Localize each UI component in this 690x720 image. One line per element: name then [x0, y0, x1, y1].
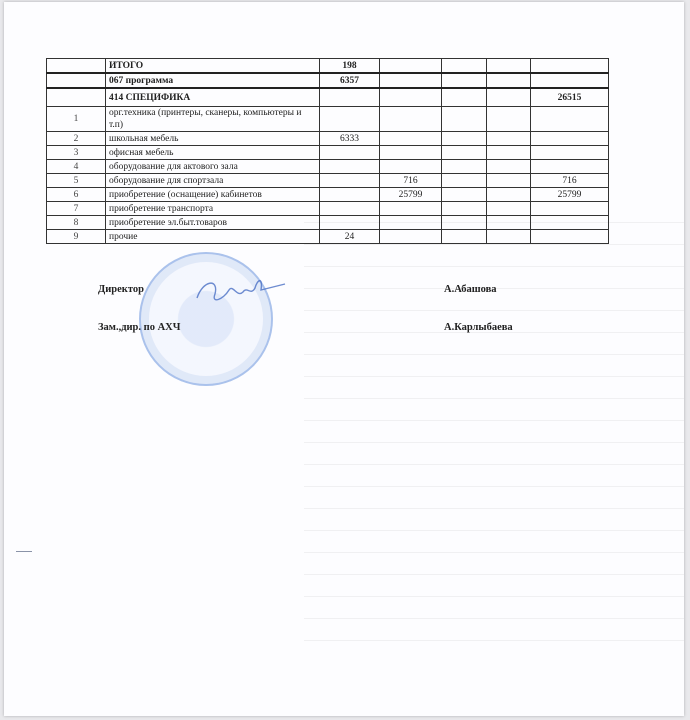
expenditure-table: ИТОГО198067 программа6357414 СПЕЦИФИКА26… — [46, 58, 609, 244]
cell-c2 — [380, 202, 442, 216]
cell-name: ИТОГО — [106, 59, 320, 74]
cell-c1 — [320, 88, 380, 107]
cell-c5 — [531, 216, 609, 230]
cell-c1 — [320, 146, 380, 160]
cell-num: 8 — [47, 216, 106, 230]
cell-name: приобретение (оснащение) кабинетов — [106, 188, 320, 202]
document-page: ИТОГО198067 программа6357414 СПЕЦИФИКА26… — [4, 2, 684, 716]
cell-c4 — [487, 188, 531, 202]
cell-c2 — [380, 59, 442, 74]
deputy-title: Зам.,дир. по АХЧ — [98, 322, 180, 333]
cell-c2 — [380, 230, 442, 244]
cell-c3 — [442, 230, 487, 244]
cell-num: 6 — [47, 188, 106, 202]
cell-c2 — [380, 216, 442, 230]
cell-c1: 6333 — [320, 132, 380, 146]
cell-c4 — [487, 88, 531, 107]
cell-name: орг.техника (принтеры, сканеры, компьюте… — [106, 107, 320, 132]
cell-c2 — [380, 73, 442, 88]
table-row: 9прочие24 — [47, 230, 609, 244]
cell-c3 — [442, 88, 487, 107]
cell-num: 2 — [47, 132, 106, 146]
cell-c2 — [380, 88, 442, 107]
cell-c5 — [531, 160, 609, 174]
cell-c1: 24 — [320, 230, 380, 244]
table-row: 2школьная мебель6333 — [47, 132, 609, 146]
director-title: Директор — [98, 284, 144, 295]
cell-c4 — [487, 107, 531, 132]
cell-c1 — [320, 160, 380, 174]
cell-name: офисная мебель — [106, 146, 320, 160]
cell-c4 — [487, 216, 531, 230]
cell-num — [47, 59, 106, 74]
cell-c5 — [531, 230, 609, 244]
scan-mark — [16, 551, 32, 552]
cell-c5 — [531, 146, 609, 160]
cell-name: оборудование для актового зала — [106, 160, 320, 174]
cell-c5: 716 — [531, 174, 609, 188]
cell-c1 — [320, 174, 380, 188]
table-row: 6приобретение (оснащение) кабинетов25799… — [47, 188, 609, 202]
cell-num: 9 — [47, 230, 106, 244]
table-row: 414 СПЕЦИФИКА26515 — [47, 88, 609, 107]
table-row: 4оборудование для актового зала — [47, 160, 609, 174]
cell-c5 — [531, 202, 609, 216]
cell-name: 414 СПЕЦИФИКА — [106, 88, 320, 107]
cell-c3 — [442, 146, 487, 160]
cell-name: приобретение эл.быт.товаров — [106, 216, 320, 230]
cell-c4 — [487, 160, 531, 174]
deputy-name: А.Карлыбаева — [444, 322, 513, 333]
table-row: 3офисная мебель — [47, 146, 609, 160]
cell-name: школьная мебель — [106, 132, 320, 146]
cell-c2 — [380, 132, 442, 146]
cell-num: 3 — [47, 146, 106, 160]
cell-num — [47, 88, 106, 107]
cell-c5 — [531, 73, 609, 88]
cell-c3 — [442, 174, 487, 188]
signature-icon — [189, 270, 289, 310]
cell-name: приобретение транспорта — [106, 202, 320, 216]
cell-c4 — [487, 73, 531, 88]
cell-c3 — [442, 132, 487, 146]
cell-c5 — [531, 132, 609, 146]
cell-c1 — [320, 188, 380, 202]
cell-num: 4 — [47, 160, 106, 174]
cell-c5 — [531, 59, 609, 74]
cell-c3 — [442, 59, 487, 74]
cell-c2: 716 — [380, 174, 442, 188]
cell-c2 — [380, 160, 442, 174]
cell-c5: 25799 — [531, 188, 609, 202]
cell-c2 — [380, 107, 442, 132]
table-row: 067 программа6357 — [47, 73, 609, 88]
table-row: ИТОГО198 — [47, 59, 609, 74]
cell-c1 — [320, 107, 380, 132]
cell-c5: 26515 — [531, 88, 609, 107]
cell-name: оборудование для спортзала — [106, 174, 320, 188]
cell-num: 5 — [47, 174, 106, 188]
cell-c3 — [442, 73, 487, 88]
cell-c3 — [442, 202, 487, 216]
cell-c3 — [442, 188, 487, 202]
cell-c1: 6357 — [320, 73, 380, 88]
cell-c5 — [531, 107, 609, 132]
cell-c4 — [487, 202, 531, 216]
cell-c3 — [442, 107, 487, 132]
cell-num — [47, 73, 106, 88]
cell-c2 — [380, 146, 442, 160]
table-row: 5оборудование для спортзала716716 — [47, 174, 609, 188]
cell-c3 — [442, 160, 487, 174]
cell-c4 — [487, 146, 531, 160]
cell-c4 — [487, 174, 531, 188]
cell-c1: 198 — [320, 59, 380, 74]
table-row: 1орг.техника (принтеры, сканеры, компьют… — [47, 107, 609, 132]
cell-c4 — [487, 132, 531, 146]
cell-c1 — [320, 216, 380, 230]
cell-c2: 25799 — [380, 188, 442, 202]
director-name: А.Абашова — [444, 284, 497, 295]
cell-name: 067 программа — [106, 73, 320, 88]
table-row: 8приобретение эл.быт.товаров — [47, 216, 609, 230]
cell-c3 — [442, 216, 487, 230]
cell-c4 — [487, 230, 531, 244]
cell-num: 1 — [47, 107, 106, 132]
cell-c1 — [320, 202, 380, 216]
cell-c4 — [487, 59, 531, 74]
cell-num: 7 — [47, 202, 106, 216]
cell-name: прочие — [106, 230, 320, 244]
table-row: 7приобретение транспорта — [47, 202, 609, 216]
